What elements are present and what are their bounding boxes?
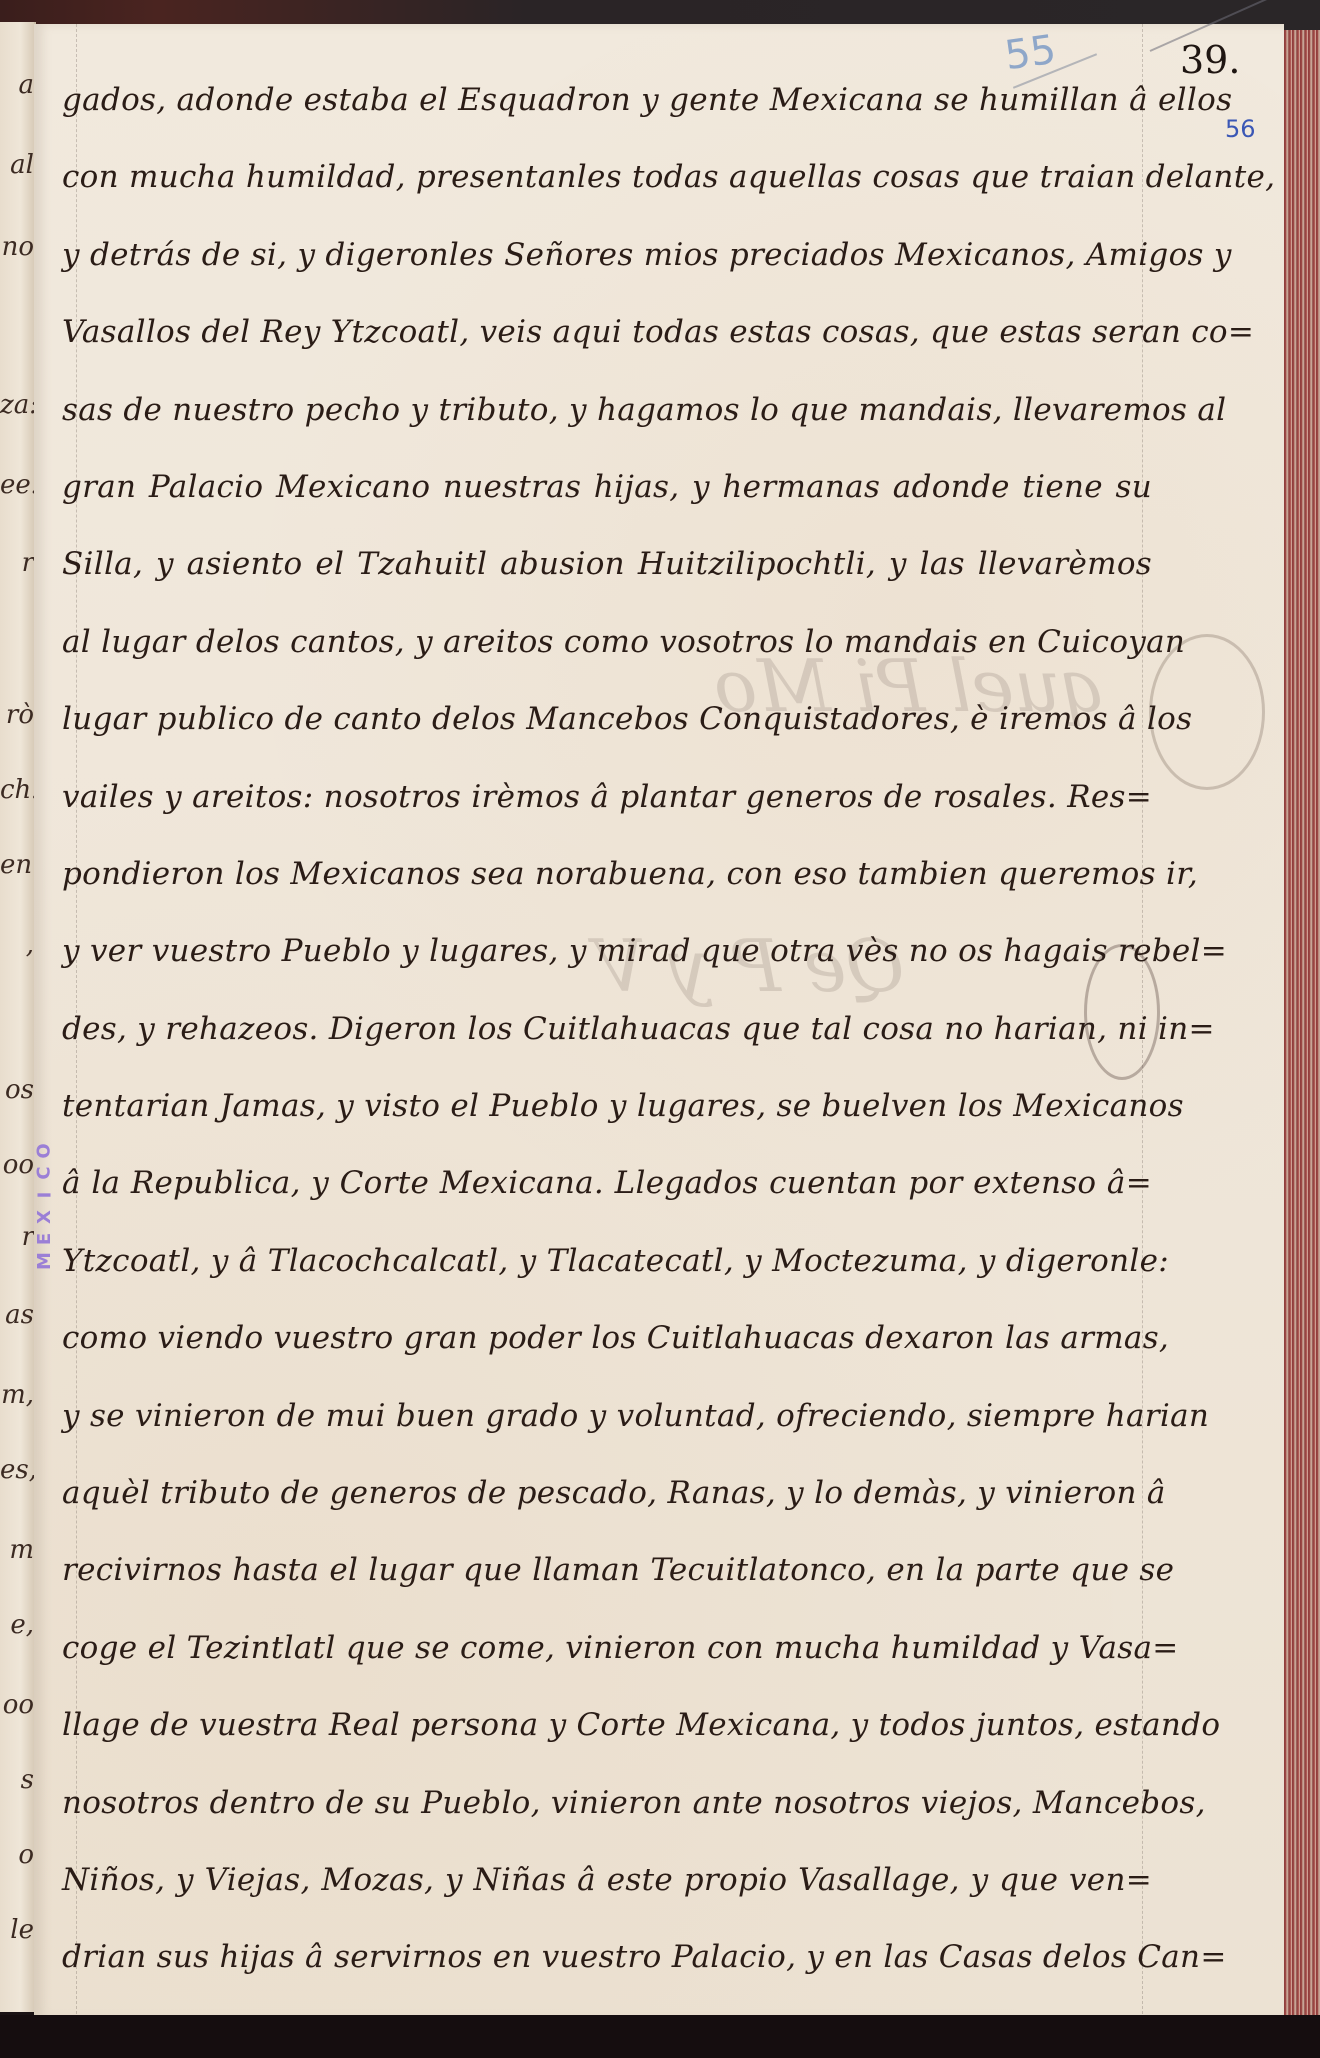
left-page-text-fragment: os [0, 1075, 34, 1105]
left-page-text-fragment: ch: [0, 775, 34, 805]
left-page-text-fragment: al [0, 150, 34, 180]
left-page-text-fragment: rò [0, 700, 34, 730]
manuscript-line: vailes y areitos: nosotros irèmos â plan… [62, 759, 1152, 836]
manuscript-line: coge el Tezintlatl que se come, vinieron… [62, 1610, 1152, 1687]
left-page-text-fragment: za: [0, 390, 34, 420]
manuscript-line: tentarian Jamas, y visto el Pueblo y lug… [62, 1068, 1152, 1145]
manuscript-line: y detrás de si, y digeronles Señores mio… [62, 217, 1152, 294]
left-page-text-fragment: a [0, 70, 34, 100]
library-stamp: OCIXEM [34, 1140, 56, 1310]
left-page-text-fragment: ee: [0, 470, 34, 500]
manuscript-line: llage de vuestra Real persona y Corte Me… [62, 1687, 1152, 1764]
manuscript-line: Silla, y asiento el Tzahuitl abusion Hui… [62, 526, 1152, 603]
stamp-letter: M [34, 1252, 56, 1270]
left-page-edge: aalnoza:ee:rròch:en:,osoorasm,es,me,ooso… [0, 22, 36, 2012]
manuscript-line: y se vinieron de mui buen grado y volunt… [62, 1378, 1152, 1455]
left-page-text-fragment: es, [0, 1455, 34, 1485]
manuscript-line: lugar publico de canto delos Mancebos Co… [62, 681, 1152, 758]
stamp-letter: I [34, 1192, 56, 1199]
manuscript-line: y ver vuestro Pueblo y lugares, y mirad … [62, 913, 1152, 990]
left-page-text-fragment: en: [0, 850, 34, 880]
left-page-text-fragment: m [0, 1535, 34, 1565]
left-page-text-fragment: oo [0, 1690, 34, 1720]
manuscript-line: sas de nuestro pecho y tributo, y hagamo… [62, 372, 1152, 449]
left-page-text-fragment: r [0, 548, 34, 578]
manuscript-line: aquèl tributo de generos de pescado, Ran… [62, 1455, 1152, 1532]
stamp-letter: O [34, 1143, 56, 1158]
manuscript-line: con mucha humildad, presentanles todas a… [62, 139, 1152, 216]
manuscript-line: gran Palacio Mexicano nuestras hijas, y … [62, 449, 1152, 526]
manuscript-line: Niños, y Viejas, Mozas, y Niñas â este p… [62, 1842, 1152, 1919]
manuscript-line: Vasallos del Rey Ytzcoatl, veis aqui tod… [62, 294, 1152, 371]
left-page-text-fragment: as [0, 1300, 34, 1330]
left-page-text-fragment: o [0, 1840, 34, 1870]
left-page-text-fragment: , [0, 930, 34, 960]
book-page-edges [1284, 30, 1320, 2020]
manuscript-line: Ytzcoatl, y â Tlacochcalcatl, y Tlacatec… [62, 1223, 1152, 1300]
manuscript-line: al lugar delos cantos, y areitos como vo… [62, 604, 1152, 681]
left-page-text-fragment: no [0, 232, 34, 262]
manuscript-line: pondieron los Mexicanos sea norabuena, c… [62, 836, 1152, 913]
book-cover-bottom [0, 2015, 1320, 2058]
left-page-text-fragment: e, [0, 1610, 34, 1640]
left-page-text-fragment: oo [0, 1150, 34, 1180]
stamp-letter: E [34, 1233, 56, 1245]
manuscript-line: des, y rehazeos. Digeron los Cuitlahuaca… [62, 991, 1152, 1068]
stamp-letter: C [34, 1166, 56, 1179]
stamp-letter: X [34, 1210, 56, 1224]
manuscript-line: como viendo vuestro gran poder los Cuitl… [62, 1300, 1152, 1377]
folio-number: 39. [1180, 38, 1240, 82]
ink-page-annotation: 56 [1225, 115, 1256, 143]
left-page-text-fragment: s [0, 1765, 34, 1795]
left-page-text-fragment: le [0, 1915, 34, 1945]
manuscript-line: gados, adonde estaba el Esquadron y gent… [62, 62, 1152, 139]
manuscript-line: recivirnos hasta el lugar que llaman Tec… [62, 1532, 1152, 1609]
manuscript-line: drian sus hijas â servirnos en vuestro P… [62, 1919, 1152, 1996]
left-page-text-fragment: m, [0, 1380, 34, 1410]
left-page-text-fragment: r [0, 1222, 34, 1252]
manuscript-text: gados, adonde estaba el Esquadron y gent… [62, 62, 1152, 1997]
manuscript-line: â la Republica, y Corte Mexicana. Llegad… [62, 1145, 1152, 1222]
manuscript-line: nosotros dentro de su Pueblo, vinieron a… [62, 1765, 1152, 1842]
